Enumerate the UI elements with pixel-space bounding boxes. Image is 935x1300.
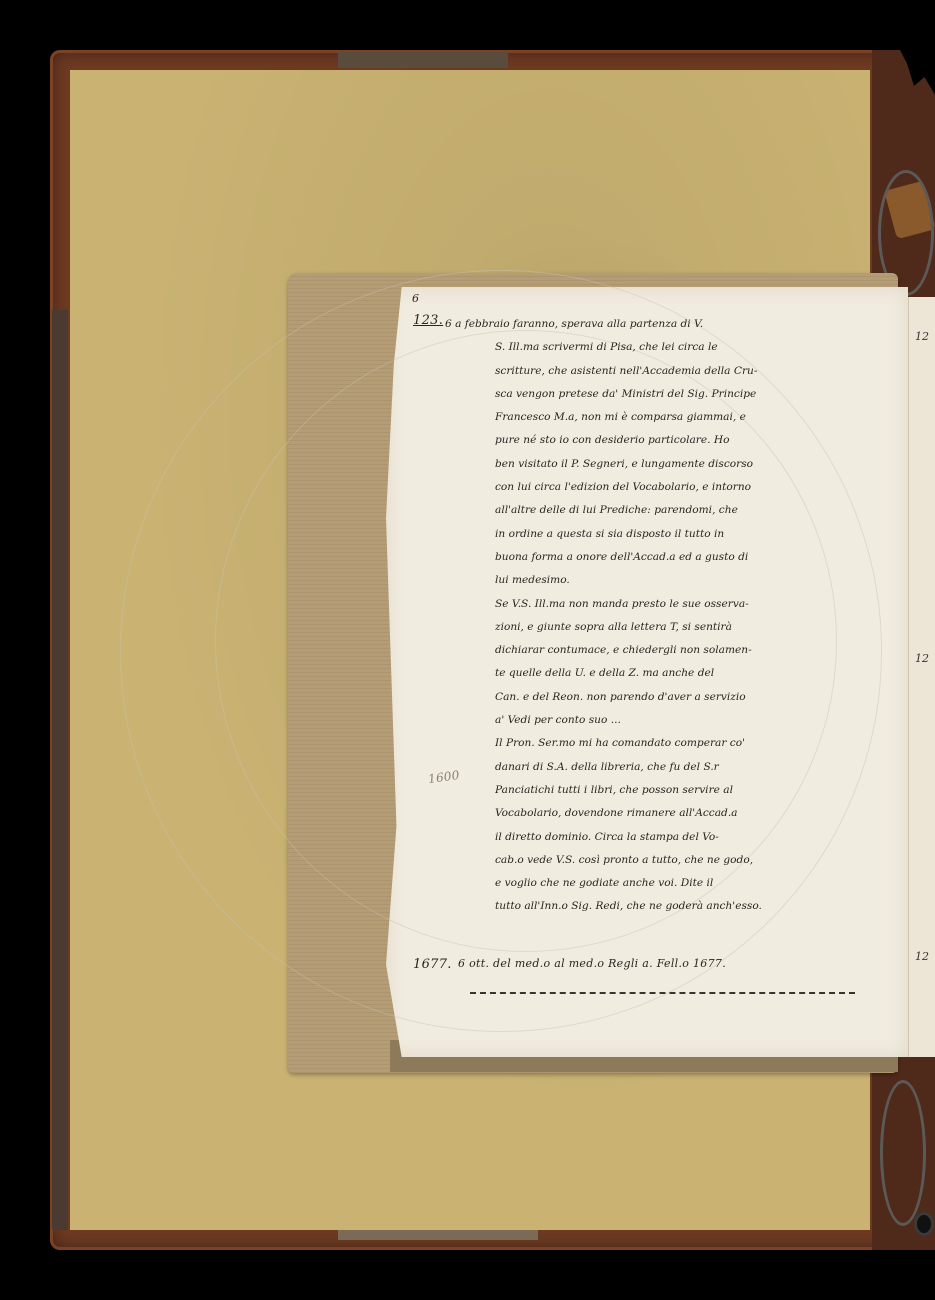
text-line: buona forma a onore dell'Accad.a ed a gu… bbox=[495, 546, 865, 569]
closing-line: 6 ott. del med.o al med.o Regli a. Fell.… bbox=[458, 957, 726, 970]
text-line: Se V.S. Ill.ma non manda presto le sue o… bbox=[495, 593, 865, 616]
text-line: lui medesimo. bbox=[495, 569, 865, 592]
text-line: ben visitato il P. Segneri, e lungamente… bbox=[495, 453, 865, 476]
text-line: cab.o vede V.S. così pronto a tutto, che… bbox=[495, 849, 865, 872]
next-page-number: 12 bbox=[915, 330, 929, 343]
binding-cord-lower bbox=[880, 1080, 926, 1226]
cover-spine-strip bbox=[52, 310, 68, 1230]
grommet-icon bbox=[914, 1212, 934, 1236]
text-line: tutto all'Inn.o Sig. Redi, che ne goderà… bbox=[495, 895, 865, 918]
text-line: danari di S.A. della libreria, che fu de… bbox=[495, 756, 865, 779]
text-line: in ordine a questa si sia disposto il tu… bbox=[495, 523, 865, 546]
text-line: a' Vedi per conto suo ... bbox=[495, 709, 865, 732]
dashed-rule bbox=[470, 992, 855, 994]
next-page-number: 12 bbox=[915, 652, 929, 665]
next-page-number: 12 bbox=[915, 950, 929, 963]
text-line: S. Ill.ma scrivermi di Pisa, che lei cir… bbox=[495, 336, 865, 359]
cover-tape-top bbox=[338, 52, 508, 68]
closing-year: 1677. bbox=[413, 957, 452, 972]
text-line: Il Pron. Ser.mo mi ha comandato comperar… bbox=[495, 732, 865, 755]
entry-number: 123. bbox=[413, 313, 443, 328]
text-line: 6 a febbraio faranno, sperava alla parte… bbox=[445, 313, 865, 336]
folio-number: 6 bbox=[412, 292, 419, 305]
text-line: Francesco M.a, non mi è comparsa giammai… bbox=[495, 406, 865, 429]
text-line: Can. e del Reon. non parendo d'aver a se… bbox=[495, 686, 865, 709]
text-line: e voglio che ne godiate anche voi. Dite … bbox=[495, 872, 865, 895]
text-line: scritture, che asistenti nell'Accademia … bbox=[495, 360, 865, 383]
text-line: Panciatichi tutti i libri, che posson se… bbox=[495, 779, 865, 802]
text-line: zioni, e giunte sopra alla lettera T, si… bbox=[495, 616, 865, 639]
text-line: all'altre delle di lui Prediche: parendo… bbox=[495, 499, 865, 522]
text-line: con lui circa l'edizion del Vocabolario,… bbox=[495, 476, 865, 499]
text-line: il diretto dominio. Circa la stampa del … bbox=[495, 826, 865, 849]
text-line: pure né sto io con desiderio particolare… bbox=[495, 429, 865, 452]
letter-body: 6 a febbraio faranno, sperava alla parte… bbox=[495, 313, 865, 919]
text-line: te quelle della U. e della Z. ma anche d… bbox=[495, 662, 865, 685]
next-page-edge bbox=[908, 297, 935, 1057]
text-line: sca vengon pretese da' Ministri del Sig.… bbox=[495, 383, 865, 406]
text-line: dichiarar contumace, e chiedergli non so… bbox=[495, 639, 865, 662]
text-line: Vocabolario, dovendone rimanere all'Acca… bbox=[495, 802, 865, 825]
